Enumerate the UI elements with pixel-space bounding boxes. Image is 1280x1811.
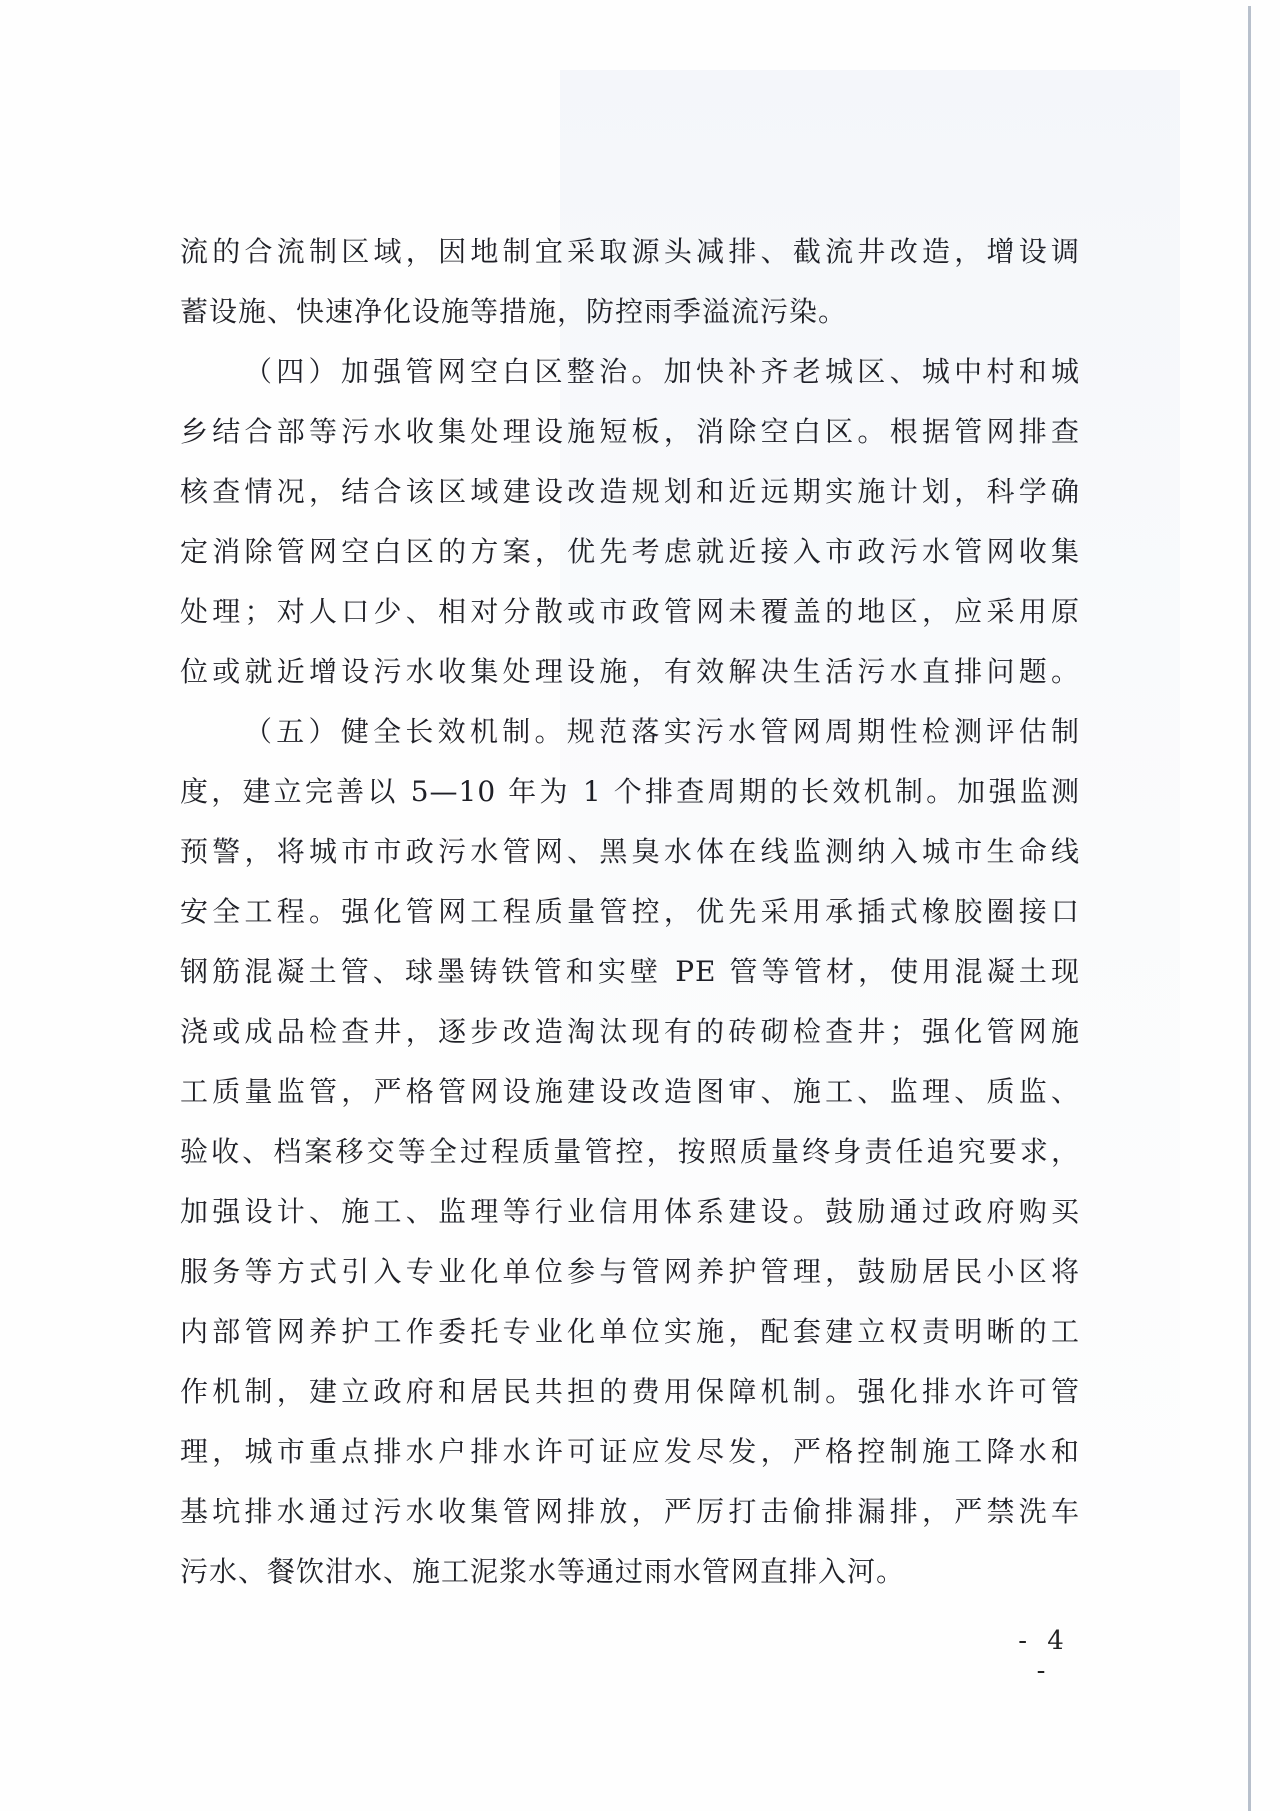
page-number: - 4 - <box>1004 1626 1084 1686</box>
text-line: 核查情况，结合该区域建设改造规划和近远期实施计划，科学确 <box>180 462 1080 522</box>
text-line: 安全工程。强化管网工程质量管控，优先采用承插式橡胶圈接口 <box>180 882 1080 942</box>
text-line: 浇或成品检查井，逐步改造淘汰现有的砖砌检查井；强化管网施 <box>180 1002 1080 1062</box>
text-line: 工质量监管，严格管网设施建设改造图审、施工、监理、质监、 <box>180 1062 1080 1122</box>
section-heading-line: （五）健全长效机制。规范落实污水管网周期性检测评估制 <box>180 702 1080 762</box>
text-line: 钢筋混凝土管、球墨铸铁管和实壁 PE 管等管材，使用混凝土现 <box>180 942 1080 1002</box>
text-line: 处理；对人口少、相对分散或市政管网未覆盖的地区，应采用原 <box>180 582 1080 642</box>
text-line: 流的合流制区域，因地制宜采取源头减排、截流井改造，增设调 <box>180 222 1080 282</box>
document-page: 流的合流制区域，因地制宜采取源头减排、截流井改造，增设调 蓄设施、快速净化设施等… <box>0 0 1280 1811</box>
text-line: 验收、档案移交等全过程质量管控，按照质量终身责任追究要求， <box>180 1122 1080 1182</box>
text-line: 内部管网养护工作委托专业化单位实施，配套建立权责明晰的工 <box>180 1302 1080 1362</box>
text-line: 服务等方式引入专业化单位参与管网养护管理，鼓励居民小区将 <box>180 1242 1080 1302</box>
text-line: 预警，将城市市政污水管网、黑臭水体在线监测纳入城市生命线 <box>180 822 1080 882</box>
text-line: 位或就近增设污水收集处理设施，有效解决生活污水直排问题。 <box>180 642 1080 702</box>
text-line: 理，城市重点排水户排水许可证应发尽发，严格控制施工降水和 <box>180 1422 1080 1482</box>
text-line: 基坑排水通过污水收集管网排放，严厉打击偷排漏排，严禁洗车 <box>180 1482 1080 1542</box>
section-heading-line: （四）加强管网空白区整治。加快补齐老城区、城中村和城 <box>180 342 1080 402</box>
text-line: 度，建立完善以 5—10 年为 1 个排查周期的长效机制。加强监测 <box>180 762 1080 822</box>
body-text: 流的合流制区域，因地制宜采取源头减排、截流井改造，增设调 蓄设施、快速净化设施等… <box>180 222 1080 1602</box>
text-line: 乡结合部等污水收集处理设施短板，消除空白区。根据管网排查 <box>180 402 1080 462</box>
text-line: 蓄设施、快速净化设施等措施，防控雨季溢流污染。 <box>180 282 1080 342</box>
text-line: 作机制，建立政府和居民共担的费用保障机制。强化排水许可管 <box>180 1362 1080 1422</box>
text-line: 定消除管网空白区的方案，优先考虑就近接入市政污水管网收集 <box>180 522 1080 582</box>
text-line: 加强设计、施工、监理等行业信用体系建设。鼓励通过政府购买 <box>180 1182 1080 1242</box>
text-line: 污水、餐饮泔水、施工泥浆水等通过雨水管网直排入河。 <box>180 1542 1080 1602</box>
page-edge-line <box>1248 6 1251 1811</box>
